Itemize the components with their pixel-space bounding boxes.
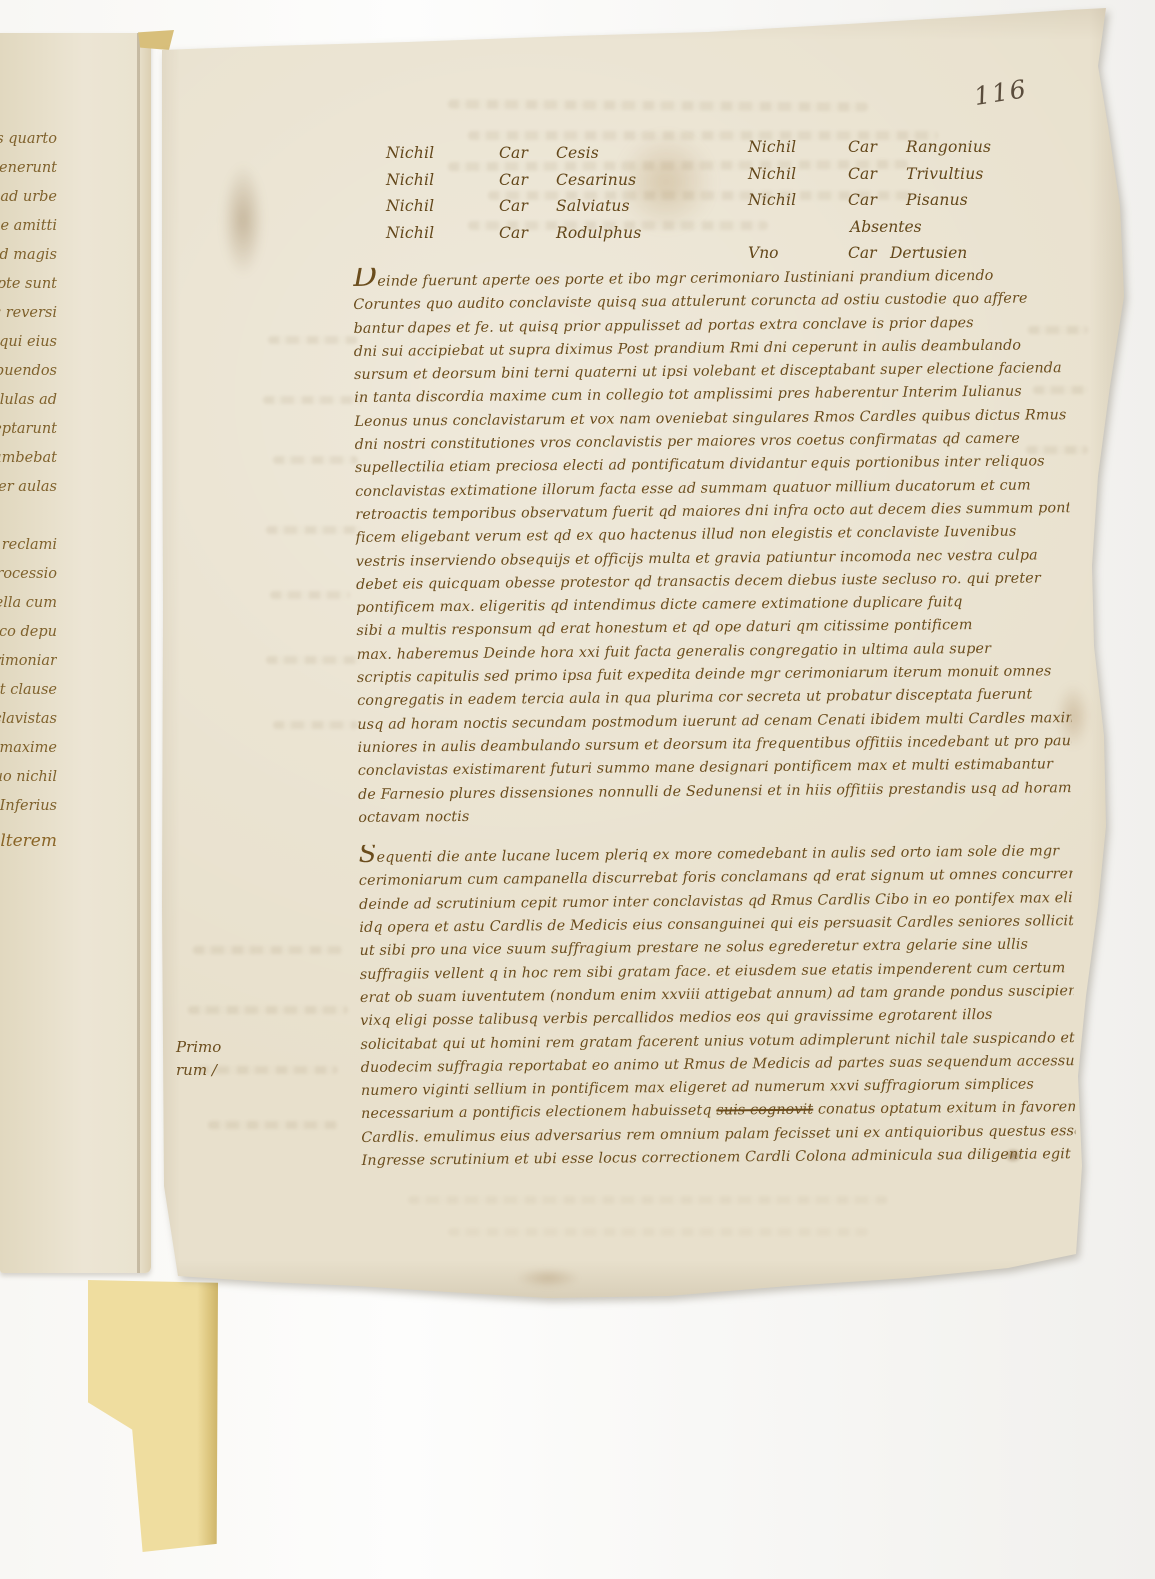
margin-note-line: Primo <box>176 1036 221 1059</box>
catchword: alterem / <box>0 831 57 851</box>
scrutiny-cardinal-label: Car <box>499 193 556 220</box>
scrutiny-cardinal-label: Car <box>848 187 906 214</box>
scrutiny-row: Nichil Car Cesis <box>386 140 642 167</box>
facing-page-fragment: per fores reclami <box>0 531 57 560</box>
scrutiny-cardinal-name: Salviatus <box>556 193 630 220</box>
scrutiny-cardinal-name: Rodulphus <box>556 220 642 247</box>
manuscript-page: 116 Nichil Car Cesis Nichil Car Cesarinu… <box>148 6 1133 1306</box>
facing-page-fragment: Interim venerunt <box>0 154 57 183</box>
facing-page-fragment: quia per aulas <box>0 473 57 502</box>
facing-page-fragment: Nicolai loco depu <box>0 618 57 647</box>
scrutiny-cardinal-label: Car <box>499 167 556 194</box>
show-through-mark <box>268 336 358 344</box>
scrutiny-row: Nichil Car Rodulphus <box>386 220 642 247</box>
show-through-mark <box>188 1006 348 1014</box>
scrutiny-vote-value: Nichil <box>386 220 499 247</box>
show-through-mark <box>266 656 361 664</box>
scrutiny-vote-value: Nichil <box>386 167 499 194</box>
show-through-mark <box>448 100 868 112</box>
scrutiny-cardinal-name: Pisanus <box>906 187 968 214</box>
show-through-mark <box>193 946 343 954</box>
facing-page-fragment: suis maxime <box>0 734 57 763</box>
facing-page-fragment <box>0 502 57 531</box>
facing-page-fragment: j Jacob ad urbe <box>0 183 57 212</box>
scrutiny-table-left: Nichil Car Cesis Nichil Car Cesarinus Ni… <box>386 140 642 246</box>
scrutiny-cardinal-name: Rangonius <box>906 134 991 161</box>
scrutiny-vote-value: Nichil <box>386 140 499 167</box>
scrutiny-row: Nichil Car Rangonius <box>748 134 991 161</box>
facing-page-fragment: factionis sed magis <box>0 241 57 270</box>
facing-page-fragment: eniores quarto <box>0 125 57 154</box>
facing-page-fragment: post incumbebat <box>0 444 57 473</box>
facing-page-fragment: modo distribuendos <box>0 357 57 386</box>
margin-note: Primo rum / <box>176 1036 221 1082</box>
facing-page-fragment: ad mgr cerimoniar <box>0 647 57 676</box>
facing-page-fragment: s fuerunt clause <box>0 676 57 705</box>
scrutiny-row: Nichil Car Cesarinus <box>386 167 642 194</box>
show-through-mark <box>273 721 358 729</box>
facing-page-fragment: opportune amitti <box>0 212 57 241</box>
show-through-mark <box>208 1121 338 1129</box>
paragraph-1: Deinde fuerunt aperte oes porte et ibo m… <box>353 261 1072 830</box>
facing-page-fragment: cum processio <box>0 560 57 589</box>
facing-page-text-fragments: eniores quartoInterim veneruntj Jacob ad… <box>0 125 57 821</box>
margin-note-line: rum / <box>176 1059 221 1082</box>
manuscript-page-shadow: 116 Nichil Car Cesis Nichil Car Cesarinu… <box>148 6 1133 1306</box>
show-through-mark <box>270 591 350 599</box>
facing-page-fragment: ter conclavistas <box>0 705 57 734</box>
scrutiny-cardinal-label: Car <box>848 161 906 188</box>
body-text: Deinde fuerunt aperte oes porte et ibo m… <box>353 261 1076 1173</box>
scrutiny-vote-value: Nichil <box>386 193 499 220</box>
scrutiny-cardinal-label: Car <box>499 220 556 247</box>
scrutiny-cardinal-name: Cesis <box>556 140 599 167</box>
facing-page-fragment: incepte sunt <box>0 270 57 299</box>
scrutiny-vote-value: Nichil <box>748 134 848 161</box>
scrutiny-row: Nichil Car Pisanus <box>748 187 991 214</box>
show-through-mark <box>448 1228 868 1236</box>
scrutiny-cardinal-name: Trivultius <box>906 161 984 188</box>
facing-page-fragment: hijs qui eius <box>0 328 57 357</box>
facing-page-fragment: scrutinij Inferius <box>0 792 57 821</box>
show-through-mark <box>263 396 363 404</box>
facing-page-fragment: qua disceptarunt <box>0 415 57 444</box>
scrutiny-right-rows: Nichil Car Rangonius Nichil Car Trivulti… <box>748 134 991 214</box>
show-through-mark <box>266 526 361 534</box>
facing-page-fragment: a finita oes reversi <box>0 299 57 328</box>
stain <box>222 164 264 276</box>
scrutiny-table-right: Nichil Car Rangonius Nichil Car Trivulti… <box>748 134 991 267</box>
facing-page-edge: eniores quartoInterim veneruntj Jacob ad… <box>0 33 151 1273</box>
scrutiny-row: Nichil Car Salviatus <box>386 193 642 220</box>
scrutiny-row: Nichil Car Trivultius <box>748 161 991 188</box>
show-through-mark <box>273 456 358 464</box>
scrutiny-cardinal-label: Car <box>499 140 556 167</box>
paragraph-2: Sequenti die ante lucane lucem pleriq ex… <box>359 838 1076 1173</box>
stain <box>516 1268 580 1288</box>
scrutiny-vote-value: Nichil <box>748 161 848 188</box>
scrutiny-cardinal-label: Car <box>848 134 906 161</box>
show-through-mark <box>408 1196 888 1204</box>
absentes-label: Absentes <box>850 214 991 241</box>
facing-page-fragment: cellulas ad <box>0 386 57 415</box>
facing-page-fragment: scabella cum <box>0 589 57 618</box>
scrutiny-vote-value: Nichil <box>748 187 848 214</box>
scrutiny-cardinal-name: Cesarinus <box>556 167 636 194</box>
manuscript-scan: eniores quartoInterim veneruntj Jacob ad… <box>0 0 1155 1579</box>
page-number: 116 <box>972 74 1030 111</box>
under-leaf <box>88 1280 218 1552</box>
facing-page-fragment: mini in quo nichil <box>0 763 57 792</box>
